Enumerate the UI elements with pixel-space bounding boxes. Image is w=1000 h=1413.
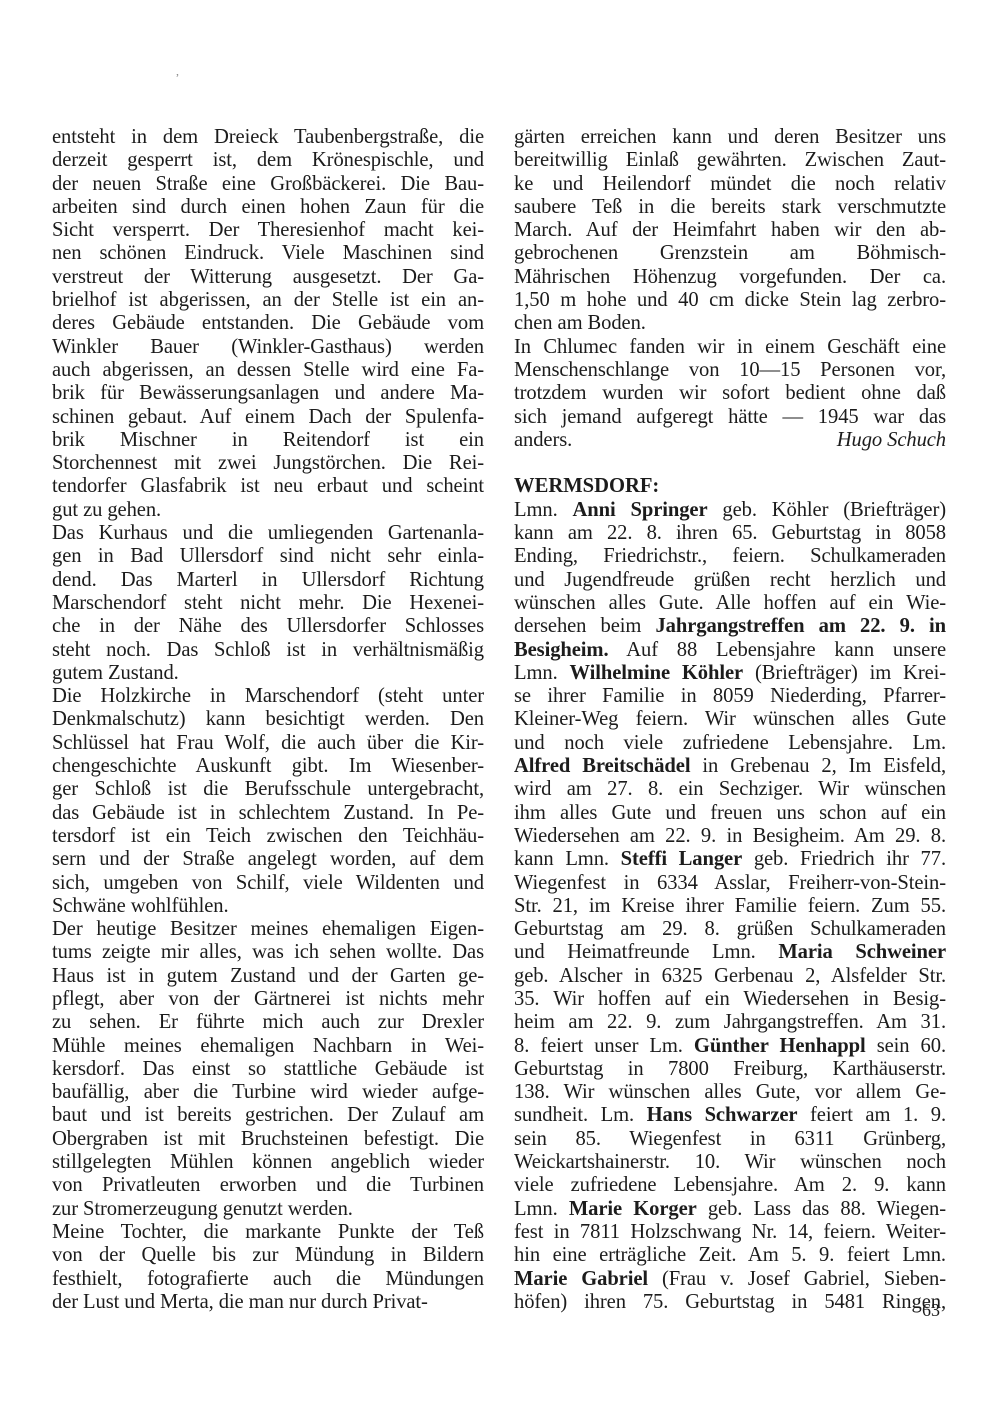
text-line: dend. Das Marterl in Ullersdorf Richtung (52, 569, 484, 592)
text-line: nen schönen Eindruck. Viele Maschinen si… (52, 242, 484, 265)
text-line: Geburtstag am 29. 8. grüßen Schulkamerad… (514, 918, 946, 941)
text-line: 35. Wir hoffen auf ein Wiedersehen in Be… (514, 988, 946, 1011)
person-name-bold: Jahrgangstreffen am 22. 9. in (655, 615, 946, 637)
text-line: 8. feiert unser Lm. Günther Henhappl sei… (514, 1035, 946, 1058)
text-line: der neuen Straße eine Großbäckerei. Die … (52, 173, 484, 196)
text-line: fest in 7811 Holzschwang Nr. 14, feiern.… (514, 1221, 946, 1244)
text-line: Alfred Breitschädel in Grebenau 2, Im Ei… (514, 755, 946, 778)
text-line: tendorfer Glasfabrik ist neu erbaut und … (52, 475, 484, 498)
text-line: baut und ist bereits gestrichen. Der Zul… (52, 1104, 484, 1127)
text-line: Mühle meines ehemaligen Nachbarn in Wei- (52, 1035, 484, 1058)
signature-line: anders. Hugo Schuch (514, 429, 946, 452)
text-line: Meine Tochter, die markante Punkte der T… (52, 1221, 484, 1244)
person-name-bold: Wilhelmine Köhler (570, 662, 744, 684)
text-line: Menschenschlange von 10—15 Personen vor, (514, 359, 946, 382)
paragraph: Die Holzkirche in Marschendorf (steht un… (52, 685, 484, 918)
text-line: sich jemand aufgeregt hätte — 1945 war d… (514, 406, 946, 429)
text-line: tums zeigte mir alles, was ich sehen wol… (52, 941, 484, 964)
text-line: Weickartshainerstr. 10. Wir wünschen noc… (514, 1151, 946, 1174)
text-line: Storchennest mit zwei Jungstörchen. Die … (52, 452, 484, 475)
text-line: stillgelegten Mühlen können angeblich wi… (52, 1151, 484, 1174)
text-line: von der Quelle bis zur Mündung in Bilder… (52, 1244, 484, 1267)
text-line: Mährischen Höhenzug vorgefunden. Der ca. (514, 266, 946, 289)
person-name-bold: Marie Gabriel (514, 1268, 648, 1290)
article-continuation: gärten erreichen kann und deren Besitzer… (514, 126, 946, 429)
closing-word: anders. (514, 429, 572, 452)
text-line: sich, umgeben von Schilf, viele Wildente… (52, 872, 484, 895)
paragraph: In Chlumec fanden wir in einem Geschäft … (514, 336, 946, 429)
text-line: se ihrer Familie in 8059 Niederding, Pfa… (514, 685, 946, 708)
text-line: Schwäne wohlfühlen. (52, 895, 484, 918)
text-line: arbeiten sind durch einen hohen Zaun für… (52, 196, 484, 219)
text-line: brik für Bewässerungsanlagen und andere … (52, 382, 484, 405)
text-line: wünschen alles Gute. Alle hoffen auf ein… (514, 592, 946, 615)
text-line: trotzdem wurden wir sofort bedient ohne … (514, 382, 946, 405)
right-column: gärten erreichen kann und deren Besitzer… (514, 126, 946, 1314)
text-line: In Chlumec fanden wir in einem Geschäft … (514, 336, 946, 359)
text-line: schinen gebaut. Auf einem Dach der Spule… (52, 406, 484, 429)
text-line: von Privatleuten erworben und die Turbin… (52, 1174, 484, 1197)
person-name-bold: Maria Schweiner (778, 941, 946, 963)
text-line: das Gebäude ist in schlechtem Zustand. I… (52, 802, 484, 825)
text-line: entsteht in dem Dreieck Taubenbergstraße… (52, 126, 484, 149)
text-line: und Heimatfreunde Lmn. Maria Schweiner (514, 941, 946, 964)
text-line: Besigheim. Auf 88 Lebensjahre kann unser… (514, 639, 946, 662)
text-line: bereitwillig Einlaß gewährten. Zwischen … (514, 149, 946, 172)
text-line: geb. Alscher in 6325 Gerbenau 2, Alsfeld… (514, 965, 946, 988)
text-line: March. Auf der Heimfahrt haben wir den a… (514, 219, 946, 242)
paragraph: Der heutige Besitzer meines ehemaligen E… (52, 918, 484, 1221)
text-line: 1,50 m hohe und 40 cm dicke Stein lag ze… (514, 289, 946, 312)
text-line: ke und Heilendorf mündet die noch relati… (514, 173, 946, 196)
text-line: auch abgerissen, an dessen Stelle wird e… (52, 359, 484, 382)
text-line: wird am 27. 8. ein Sechziger. Wir wünsch… (514, 778, 946, 801)
text-line: brik Mischner in Reitendorf ist ein (52, 429, 484, 452)
author-signature: Hugo Schuch (837, 429, 946, 452)
left-column: entsteht in dem Dreieck Taubenbergstraße… (52, 126, 484, 1314)
text-line: Ending, Friedrichstr., feiern. Schulkame… (514, 545, 946, 568)
text-line: Lmn. Wilhelmine Köhler (Briefträger) im … (514, 662, 946, 685)
text-line: Geburtstag in 7800 Freiburg, Karthäusers… (514, 1058, 946, 1081)
text-line: saubere Teß in die bereits stark verschm… (514, 196, 946, 219)
text-line: sern und der Straße angelegt worden, auf… (52, 848, 484, 871)
text-line: Wiedersehen am 22. 9. in Besigheim. Am 2… (514, 825, 946, 848)
text-line: der Lust und Merta, die man nur durch Pr… (52, 1291, 484, 1314)
paragraph: Meine Tochter, die markante Punkte der T… (52, 1221, 484, 1314)
text-line: kann Lmn. Steffi Langer geb. Friedrich i… (514, 848, 946, 871)
text-line: Lmn. Marie Korger geb. Lass das 88. Wieg… (514, 1198, 946, 1221)
text-line: hin eine erträgliche Zeit. Am 5. 9. feie… (514, 1244, 946, 1267)
text-line: ger Schloß ist die Berufsschule untergeb… (52, 778, 484, 801)
text-line: 138. Wir wünschen alles Gute, vor allem … (514, 1081, 946, 1104)
person-name-bold: Besigheim. (514, 639, 609, 661)
text-line: und noch viele zufriedene Lebensjahre. L… (514, 732, 946, 755)
text-line: Kleiner-Weg feiern. Wir wünschen alles G… (514, 708, 946, 731)
text-line: sundheit. Lm. Hans Schwarzer feiert am 1… (514, 1104, 946, 1127)
text-line: Der heutige Besitzer meines ehemaligen E… (52, 918, 484, 941)
text-line: höfen) ihren 75. Geburtstag in 5481 Ring… (514, 1291, 946, 1314)
text-line: gut zu gehen. (52, 499, 484, 522)
person-name-bold: Alfred Breitschädel (514, 755, 690, 777)
text-line: gebrochenen Grenzstein am Böhmisch- (514, 242, 946, 265)
text-line: Str. 21, im Kreise ihrer Familie feiern.… (514, 895, 946, 918)
person-name-bold: Günther Henhappl (694, 1035, 866, 1057)
text-line: steht noch. Das Schloß ist in verhältnis… (52, 639, 484, 662)
text-line: ihm alles Gute und freuen uns schon auf … (514, 802, 946, 825)
text-line: viele zufriedene Lebensjahre. Am 2. 9. k… (514, 1174, 946, 1197)
text-line: tersdorf ist ein Teich zwischen den Teic… (52, 825, 484, 848)
text-line: deres Gebäude entstanden. Die Gebäude vo… (52, 312, 484, 335)
text-line: Haus ist in gutem Zustand und der Garten… (52, 965, 484, 988)
section-heading: WERMSDORF: (514, 475, 946, 498)
text-line: festhielt, fotografierte auch die Mündun… (52, 1268, 484, 1291)
text-line: derzeit gesperrt ist, dem Krönespischle,… (52, 149, 484, 172)
text-line: Die Holzkirche in Marschendorf (steht un… (52, 685, 484, 708)
text-line: zu sehen. Er führte mich auch zur Drexle… (52, 1011, 484, 1034)
text-line: Marie Gabriel (Frau v. Josef Gabriel, Si… (514, 1268, 946, 1291)
text-line: zur Stromerzeugung genutzt werden. (52, 1198, 484, 1221)
text-line: verstreut der Witterung ausgesetzt. Der … (52, 266, 484, 289)
person-name-bold: Marie Korger (569, 1198, 697, 1220)
section-body-wermsdorf: Lmn. Anni Springer geb. Köhler (Briefträ… (514, 499, 946, 1314)
paragraph: entsteht in dem Dreieck Taubenbergstraße… (52, 126, 484, 522)
text-line: Das Kurhaus und die umliegenden Gartenan… (52, 522, 484, 545)
text-line: Winkler Bauer (Winkler-Gasthaus) werden (52, 336, 484, 359)
text-line: pflegt, aber von der Gärtnerei ist nicht… (52, 988, 484, 1011)
text-line: Lmn. Anni Springer geb. Köhler (Briefträ… (514, 499, 946, 522)
text-line: Wiegenfest in 6334 Asslar, Freiherr-von-… (514, 872, 946, 895)
text-line: Marschendorf steht nicht mehr. Die Hexen… (52, 592, 484, 615)
text-line: brielhof ist abgerissen, an der Stelle i… (52, 289, 484, 312)
text-line: che in der Nähe des Ullersdorfer Schloss… (52, 615, 484, 638)
page-number: 63 (922, 1300, 940, 1321)
paragraph: gärten erreichen kann und deren Besitzer… (514, 126, 946, 336)
text-line: kann am 22. 8. ihren 65. Geburtstag in 8… (514, 522, 946, 545)
text-line: sein 85. Wiegenfest in 6311 Grünberg, (514, 1128, 946, 1151)
text-line: dersehen beim Jahrgangstreffen am 22. 9.… (514, 615, 946, 638)
text-line: heim am 22. 9. zum Jahrgangstreffen. Am … (514, 1011, 946, 1034)
text-line: Obergraben ist mit Bruchsteinen befestig… (52, 1128, 484, 1151)
scan-speck: , (176, 64, 179, 79)
text-line: chengeschichte Auskunft gibt. Im Wiesenb… (52, 755, 484, 778)
section-gap (514, 452, 946, 475)
paragraph: Das Kurhaus und die umliegenden Gartenan… (52, 522, 484, 685)
text-line: chen am Boden. (514, 312, 946, 335)
text-line: und Jugendfreude grüßen recht herzlich u… (514, 569, 946, 592)
text-line: baufällig, aber die Turbine wird wieder … (52, 1081, 484, 1104)
text-line: kersdorf. Das einst so stattliche Gebäud… (52, 1058, 484, 1081)
text-line: Schlüssel hat Frau Wolf, die auch über d… (52, 732, 484, 755)
text-line: Denkmalschutz) kann besichtigt werden. D… (52, 708, 484, 731)
text-line: gutem Zustand. (52, 662, 484, 685)
text-line: gen in Bad Ullersdorf sind nicht sehr ei… (52, 545, 484, 568)
text-line: gärten erreichen kann und deren Besitzer… (514, 126, 946, 149)
person-name-bold: Anni Springer (573, 499, 708, 521)
person-name-bold: Steffi Langer (621, 848, 742, 870)
text-line: Sicht versperrt. Der Theresienhof macht … (52, 219, 484, 242)
person-name-bold: Hans Schwarzer (647, 1104, 798, 1126)
